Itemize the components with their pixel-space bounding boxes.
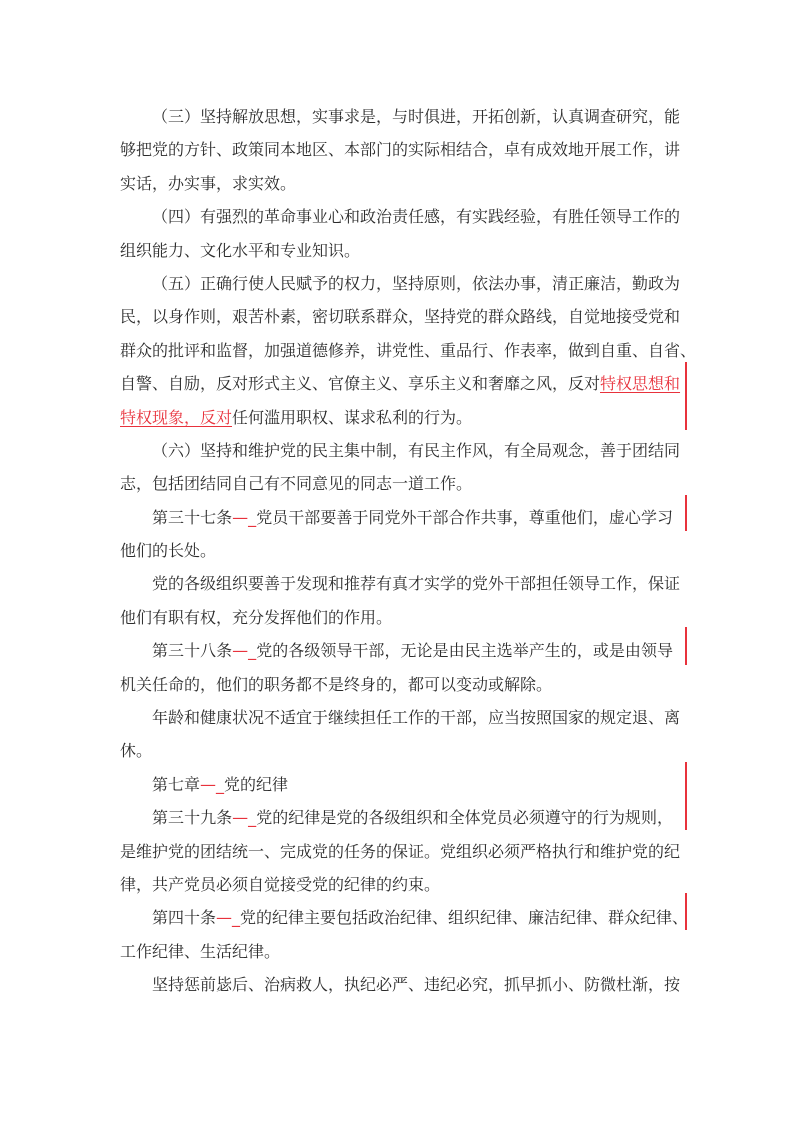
- text-run: 自警、自励，反对形式主义、官僚主义、享乐主义和奢靡之风，反对: [120, 374, 600, 393]
- change-bar: [685, 362, 687, 430]
- document-page: （三）坚持解放思想，实事求是，与时俱进，开拓创新，认真调查研究，能够把党的方针、…: [0, 0, 793, 1121]
- text-run: 他们有职有权，充分发挥他们的作用。: [120, 608, 392, 627]
- text-run: 第四十条: [152, 908, 216, 927]
- text-line: 机关任命的，他们的职务都不是终身的，都可以变动或解除。: [120, 668, 673, 701]
- text-run: 是维护党的团结统一、完成党的任务的保证。党组织必须严格执行和维护党的纪: [120, 842, 680, 861]
- text-run: 任何滥用职权、谋求私利的行为。: [232, 408, 472, 427]
- text-run: （六）坚持和维护党的民主集中制，有民主作风，有全局观念，善于团结同: [152, 441, 680, 460]
- text-line: （三）坚持解放思想，实事求是，与时俱进，开拓创新，认真调查研究，能: [120, 100, 673, 133]
- text-run: （五）正确行使人民赋予的权力，坚持原则，依法办事，清正廉洁，勤政为: [152, 274, 680, 293]
- tracked-change-space: _: [248, 808, 256, 827]
- text-run: 民，以身作则，艰苦朴素，密切联系群众，坚持党的群众路线，自觉地接受党和: [120, 307, 680, 326]
- text-line: 实话，办实事，求实效。: [120, 167, 673, 200]
- text-run: 党员干部要善于同党外干部合作共事，尊重他们，虚心学习: [256, 508, 673, 527]
- text-run: 第三十八条: [152, 641, 232, 660]
- text-run: （三）坚持解放思想，实事求是，与时俱进，开拓创新，认真调查研究，能: [152, 107, 680, 126]
- text-run: 志，包括团结同自己有不同意见的同志一道工作。: [120, 474, 472, 493]
- text-line: （五）正确行使人民赋予的权力，坚持原则，依法办事，清正廉洁，勤政为: [120, 267, 673, 300]
- text-line: 是维护党的团结统一、完成党的任务的保证。党组织必须严格执行和维护党的纪: [120, 835, 673, 868]
- tracked-change-space: _: [248, 641, 256, 660]
- text-run: 够把党的方针、政策同本地区、本部门的实际相结合，卓有成效地开展工作，讲: [120, 140, 680, 159]
- text-line: 够把党的方针、政策同本地区、本部门的实际相结合，卓有成效地开展工作，讲: [120, 133, 673, 166]
- text-run: 组织能力、文化水平和专业知识。: [120, 241, 360, 260]
- tracked-change-dash: —: [216, 908, 232, 927]
- text-run: 坚持惩前毖后、治病救人，执纪必严、违纪必究，抓早抓小、防微杜渐，按: [152, 975, 680, 994]
- text-run: 党的纪律是党的各级组织和全体党员必须遵守的行为规则，: [256, 808, 673, 827]
- document-body: （三）坚持解放思想，实事求是，与时俱进，开拓创新，认真调查研究，能够把党的方针、…: [120, 100, 673, 1002]
- text-line: 休。: [120, 734, 673, 767]
- text-line: 第三十七条—_党员干部要善于同党外干部合作共事，尊重他们，虚心学习: [120, 501, 673, 534]
- tracked-insertion: 特权思想和: [600, 374, 680, 393]
- text-line: 民，以身作则，艰苦朴素，密切联系群众，坚持党的群众路线，自觉地接受党和: [120, 300, 673, 333]
- text-run: 第三十七条: [152, 508, 232, 527]
- text-line: 律，共产党员必须自觉接受党的纪律的约束。: [120, 868, 673, 901]
- text-run: 第七章: [152, 775, 200, 794]
- tracked-change-dash: —: [232, 808, 248, 827]
- text-run: （四）有强烈的革命事业心和政治责任感，有实践经验，有胜任领导工作的: [152, 207, 680, 226]
- text-run: 党的纪律主要包括政治纪律、组织纪律、廉洁纪律、群众纪律、: [240, 908, 688, 927]
- text-run: 年龄和健康状况不适宜于继续担任工作的干部，应当按照国家的规定退、离: [152, 708, 680, 727]
- text-line: 第四十条—_党的纪律主要包括政治纪律、组织纪律、廉洁纪律、群众纪律、: [120, 901, 673, 934]
- text-line: 党的各级组织要善于发现和推荐有真才实学的党外干部担任领导工作，保证: [120, 567, 673, 600]
- text-line: 他们的长处。: [120, 534, 673, 567]
- text-run: 他们的长处。: [120, 541, 216, 560]
- text-line: 第三十九条—_党的纪律是党的各级组织和全体党员必须遵守的行为规则，: [120, 801, 673, 834]
- tracked-change-dash: —: [232, 641, 248, 660]
- text-line: （六）坚持和维护党的民主集中制，有民主作风，有全局观念，善于团结同: [120, 434, 673, 467]
- tracked-change-space: _: [216, 775, 224, 794]
- text-line: 志，包括团结同自己有不同意见的同志一道工作。: [120, 467, 673, 500]
- change-bar: [685, 893, 687, 930]
- text-line: 自警、自励，反对形式主义、官僚主义、享乐主义和奢靡之风，反对特权思想和: [120, 367, 673, 400]
- tracked-change-space: _: [232, 908, 240, 927]
- text-line: （四）有强烈的革命事业心和政治责任感，有实践经验，有胜任领导工作的: [120, 200, 673, 233]
- change-bar: [685, 762, 687, 830]
- text-run: 党的各级领导干部，无论是由民主选举产生的，或是由领导: [256, 641, 673, 660]
- text-run: 党的各级组织要善于发现和推荐有真才实学的党外干部担任领导工作，保证: [152, 574, 680, 593]
- tracked-change-dash: —: [200, 775, 216, 794]
- text-run: 党的纪律: [224, 775, 288, 794]
- text-line: 组织能力、文化水平和专业知识。: [120, 234, 673, 267]
- text-line: 坚持惩前毖后、治病救人，执纪必严、违纪必究，抓早抓小、防微杜渐，按: [120, 968, 673, 1001]
- text-line: 第三十八条—_党的各级领导干部，无论是由民主选举产生的，或是由领导: [120, 634, 673, 667]
- tracked-change-dash: —: [232, 508, 248, 527]
- text-run: 机关任命的，他们的职务都不是终身的，都可以变动或解除。: [120, 675, 552, 694]
- change-bar: [685, 495, 687, 531]
- text-run: 第三十九条: [152, 808, 232, 827]
- text-run: 群众的批评和监督，加强道德修养，讲党性、重品行、作表率，做到自重、自省、: [120, 341, 696, 360]
- text-line: 工作纪律、生活纪律。: [120, 935, 673, 968]
- text-run: 工作纪律、生活纪律。: [120, 942, 280, 961]
- text-run: 休。: [120, 741, 152, 760]
- tracked-insertion: 特权现象，反对: [120, 408, 232, 427]
- change-bar: [685, 627, 687, 665]
- text-line: 特权现象，反对任何滥用职权、谋求私利的行为。: [120, 401, 673, 434]
- text-run: 实话，办实事，求实效。: [120, 174, 296, 193]
- text-line: 群众的批评和监督，加强道德修养，讲党性、重品行、作表率，做到自重、自省、: [120, 334, 673, 367]
- text-line: 他们有职有权，充分发挥他们的作用。: [120, 601, 673, 634]
- text-line: 年龄和健康状况不适宜于继续担任工作的干部，应当按照国家的规定退、离: [120, 701, 673, 734]
- text-line: 第七章—_党的纪律: [120, 768, 673, 801]
- tracked-change-space: _: [248, 508, 256, 527]
- text-run: 律，共产党员必须自觉接受党的纪律的约束。: [120, 875, 440, 894]
